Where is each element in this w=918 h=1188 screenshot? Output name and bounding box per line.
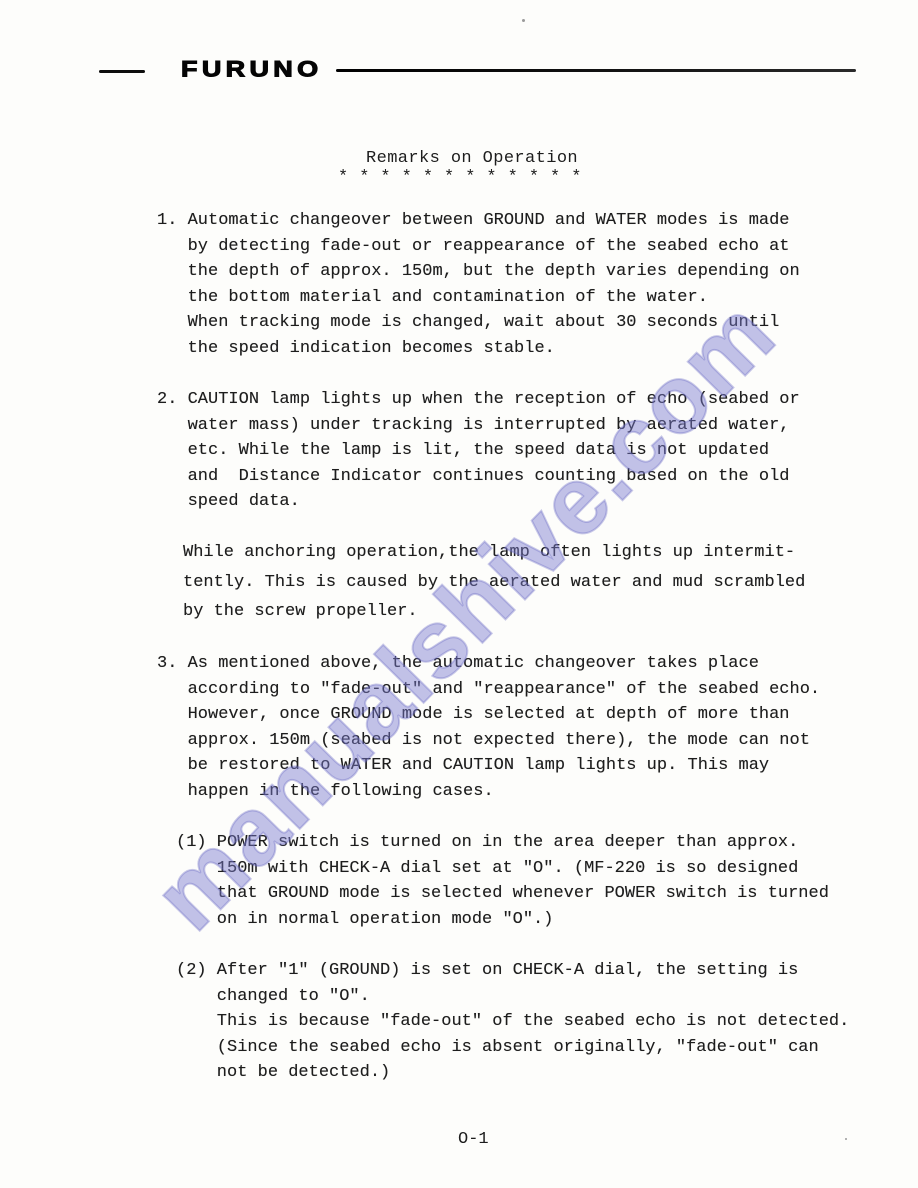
paragraph-subitem-1: (1) POWER switch is turned on in the are… xyxy=(176,830,829,932)
paragraph-item-2: 2. CAUTION lamp lights up when the recep… xyxy=(157,387,800,515)
scanned-manual-page: manualshive.com FURUNO Remarks on Operat… xyxy=(0,0,918,1188)
header-rule-left xyxy=(99,70,145,73)
header-rule-right xyxy=(336,69,856,72)
paragraph-subitem-2: (2) After "1" (GROUND) is set on CHECK-A… xyxy=(176,958,849,1086)
scan-speck xyxy=(522,19,525,22)
page-number: O-1 xyxy=(458,1130,489,1150)
scan-speck xyxy=(845,1138,847,1140)
title-asterisk-row: * * * * * * * * * * * * xyxy=(338,167,582,188)
paragraph-item-3: 3. As mentioned above, the automatic cha… xyxy=(157,651,820,804)
furuno-logo: FURUNO xyxy=(181,59,322,81)
page-title: Remarks on Operation xyxy=(366,148,578,169)
paragraph-anchoring-note: While anchoring operation,the lamp often… xyxy=(183,538,805,627)
paragraph-item-1: 1. Automatic changeover between GROUND a… xyxy=(157,208,800,361)
